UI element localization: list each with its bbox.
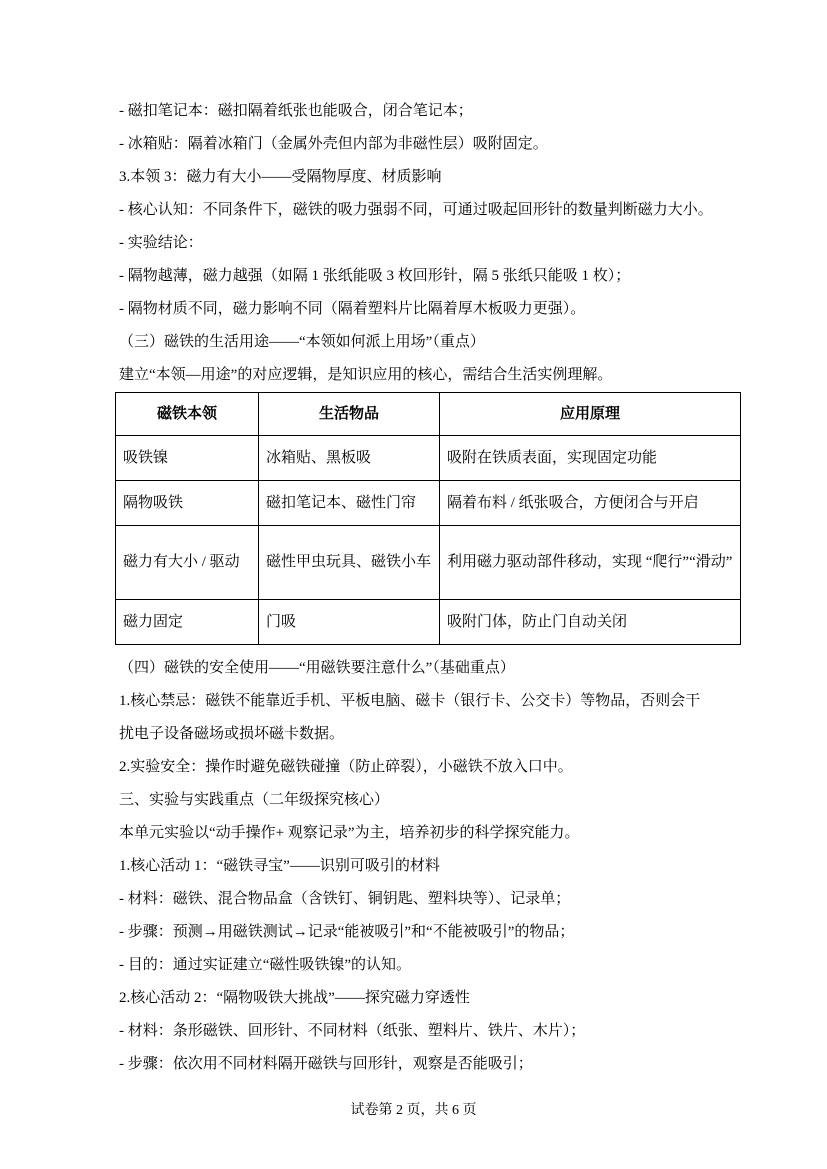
table-header-cell: 磁铁本领 — [116, 393, 259, 436]
paragraph: 2.实验安全：操作时避免磁铁碰撞（防止碎裂），小磁铁不放入口中。 — [119, 751, 715, 784]
magnet-uses-table: 磁铁本领 生活物品 应用原理 吸铁镍 冰箱贴、黑板吸 吸附在铁质表面，实现固定功… — [115, 392, 741, 645]
table-cell: 冰箱贴、黑板吸 — [259, 436, 440, 481]
document-body: - 磁扣笔记本：磁扣隔着纸张也能吸合，闭合笔记本； - 冰箱贴：隔着冰箱门（金属… — [119, 95, 715, 1081]
paragraph: - 隔物材质不同，磁力影响不同（隔着塑料片比隔着厚木板吸力更强）。 — [119, 293, 715, 326]
table-cell: 隔物吸铁 — [116, 481, 259, 526]
paragraph: - 材料：磁铁、混合物品盒（含铁钉、铜钥匙、塑料块等）、记录单； — [119, 883, 715, 916]
section-heading: （四）磁铁的安全使用——“用磁铁要注意什么”（基础重点） — [119, 652, 715, 685]
table-cell: 吸附在铁质表面，实现固定功能 — [440, 436, 741, 481]
paragraph: - 材料：条形磁铁、回形针、不同材料（纸张、塑料片、铁片、木片）； — [119, 1015, 715, 1048]
paragraph: - 核心认知：不同条件下，磁铁的吸力强弱不同，可通过吸起回形针的数量判断磁力大小… — [119, 194, 715, 227]
paragraph: 1.核心活动 1：“磁铁寻宝”——识别可吸引的材料 — [119, 850, 715, 883]
table-cell: 磁力有大小 / 驱动 — [116, 526, 259, 600]
table-row: 吸铁镍 冰箱贴、黑板吸 吸附在铁质表面，实现固定功能 — [116, 436, 741, 481]
document-page: - 磁扣笔记本：磁扣隔着纸张也能吸合，闭合笔记本； - 冰箱贴：隔着冰箱门（金属… — [0, 0, 827, 1169]
paragraph: 1.核心禁忌：磁铁不能靠近手机、平板电脑、磁卡（银行卡、公交卡）等物品，否则会干… — [119, 685, 715, 751]
paragraph: 本单元实验以“动手操作+ 观察记录”为主，培养初步的科学探究能力。 — [119, 817, 715, 850]
paragraph: 2.核心活动 2：“隔物吸铁大挑战”——探究磁力穿透性 — [119, 982, 715, 1015]
table-cell: 磁扣笔记本、磁性门帘 — [259, 481, 440, 526]
paragraph: 3.本领 3：磁力有大小——受隔物厚度、材质影响 — [119, 161, 715, 194]
paragraph: - 实验结论： — [119, 227, 715, 260]
table-row: 隔物吸铁 磁扣笔记本、磁性门帘 隔着布料 / 纸张吸合，方便闭合与开启 — [116, 481, 741, 526]
paragraph: - 磁扣笔记本：磁扣隔着纸张也能吸合，闭合笔记本； — [119, 95, 715, 128]
table-header-row: 磁铁本领 生活物品 应用原理 — [116, 393, 741, 436]
table-cell: 门吸 — [259, 600, 440, 645]
table-cell: 吸铁镍 — [116, 436, 259, 481]
paragraph: - 步骤：依次用不同材料隔开磁铁与回形针，观察是否能吸引； — [119, 1048, 715, 1081]
table-cell: 吸附门体，防止门自动关闭 — [440, 600, 741, 645]
section-heading: 三、实验与实践重点（二年级探究核心） — [119, 784, 715, 817]
page-footer: 试卷第 2 页，共 6 页 — [0, 1100, 827, 1122]
table-header-cell: 生活物品 — [259, 393, 440, 436]
table-cell: 隔着布料 / 纸张吸合，方便闭合与开启 — [440, 481, 741, 526]
paragraph: - 步骤：预测→用磁铁测试→记录“能被吸引”和“不能被吸引”的物品； — [119, 916, 715, 949]
paragraph: - 目的：通过实证建立“磁性吸铁镍”的认知。 — [119, 949, 715, 982]
table-cell: 磁力固定 — [116, 600, 259, 645]
paragraph: - 冰箱贴：隔着冰箱门（金属外壳但内部为非磁性层）吸附固定。 — [119, 128, 715, 161]
paragraph: 建立“本领—用途”的对应逻辑，是知识应用的核心，需结合生活实例理解。 — [119, 359, 715, 392]
table-cell: 利用磁力驱动部件移动，实现 “爬行”“滑动” — [440, 526, 741, 600]
table-header-cell: 应用原理 — [440, 393, 741, 436]
table-cell: 磁性甲虫玩具、磁铁小车 — [259, 526, 440, 600]
table-row: 磁力固定 门吸 吸附门体，防止门自动关闭 — [116, 600, 741, 645]
table-row: 磁力有大小 / 驱动 磁性甲虫玩具、磁铁小车 利用磁力驱动部件移动，实现 “爬行… — [116, 526, 741, 600]
section-heading: （三）磁铁的生活用途——“本领如何派上用场”（重点） — [119, 326, 715, 359]
paragraph: - 隔物越薄，磁力越强（如隔 1 张纸能吸 3 枚回形针，隔 5 张纸只能吸 1… — [119, 260, 715, 293]
